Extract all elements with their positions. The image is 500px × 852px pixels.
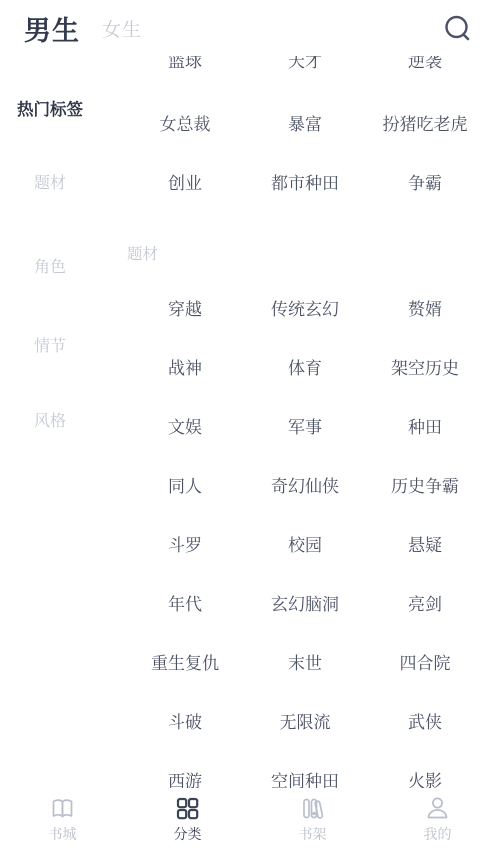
tag-item[interactable]: 无限流 — [245, 709, 365, 737]
search-icon[interactable] — [442, 13, 474, 45]
sidebar-item-4[interactable]: 风格 — [0, 410, 100, 434]
sidebar-item-1[interactable]: 题材 — [0, 172, 100, 196]
tab-mine[interactable]: 我的 — [375, 788, 500, 852]
tag-item[interactable]: 暴富 — [245, 111, 365, 139]
tag-item[interactable]: 种田 — [365, 414, 485, 442]
tag-item[interactable]: 玄幻脑洞 — [245, 591, 365, 619]
tab-bookstore[interactable]: 书城 — [0, 788, 125, 852]
tab-bookshelf[interactable]: 书架 — [250, 788, 375, 852]
tag-item[interactable]: 四合院 — [365, 650, 485, 678]
tag-item[interactable]: 架空历史 — [365, 355, 485, 383]
tag-item[interactable]: 争霸 — [365, 170, 485, 198]
tab-label: 书城 — [49, 824, 77, 844]
tag-item[interactable]: 校园 — [245, 532, 365, 560]
tag-item[interactable]: 末世 — [245, 650, 365, 678]
sidebar-item-0[interactable]: 热门标签 — [0, 98, 100, 122]
tag-item[interactable]: 都市种田 — [245, 170, 365, 198]
tag-item[interactable]: 历史争霸 — [365, 473, 485, 501]
grid-icon — [174, 795, 201, 822]
tag-item[interactable]: 同人 — [125, 473, 245, 501]
tag-item[interactable]: 斗破 — [125, 709, 245, 737]
tag-item[interactable]: 奇幻仙侠 — [245, 473, 365, 501]
tag-item[interactable]: 创业 — [125, 170, 245, 198]
tag-item[interactable]: 体育 — [245, 355, 365, 383]
tag-item[interactable]: 武侠 — [365, 709, 485, 737]
tab-label: 我的 — [424, 824, 452, 844]
tag-item[interactable]: 扮猪吃老虎 — [365, 111, 485, 139]
tag-item[interactable]: 穿越 — [125, 296, 245, 324]
book-open-icon — [49, 795, 76, 822]
tag-item[interactable]: 文娱 — [125, 414, 245, 442]
section-label-theme: 题材 — [127, 243, 158, 267]
tag-item[interactable]: 年代 — [125, 591, 245, 619]
tabbar: 书城 分类 书架 — [0, 788, 500, 852]
tag-item[interactable]: 斗罗 — [125, 532, 245, 560]
tag-item[interactable]: 传统玄幻 — [245, 296, 365, 324]
category-content: 热门标签题材角色情节风格 篮球天才逆袭女总裁暴富扮猪吃老虎创业都市种田争霸题材穿… — [0, 0, 500, 852]
user-icon — [424, 795, 451, 822]
header: 男生 女生 — [0, 0, 500, 56]
tab-label: 书架 — [299, 824, 327, 844]
tab-category[interactable]: 分类 — [125, 788, 250, 852]
sidebar-item-3[interactable]: 情节 — [0, 335, 100, 359]
tag-item[interactable]: 战神 — [125, 355, 245, 383]
tab-label: 分类 — [174, 824, 202, 844]
tag-item[interactable]: 赘婿 — [365, 296, 485, 324]
tag-item[interactable]: 重生复仇 — [125, 650, 245, 678]
app-screen: 热门标签题材角色情节风格 篮球天才逆袭女总裁暴富扮猪吃老虎创业都市种田争霸题材穿… — [0, 0, 500, 852]
tag-item[interactable]: 军事 — [245, 414, 365, 442]
tag-item[interactable]: 亮剑 — [365, 591, 485, 619]
tag-item[interactable]: 女总裁 — [125, 111, 245, 139]
sidebar-item-2[interactable]: 角色 — [0, 256, 100, 280]
tab-female[interactable]: 女生 — [102, 15, 142, 42]
bookshelf-icon — [299, 795, 326, 822]
tag-item[interactable]: 悬疑 — [365, 532, 485, 560]
tab-male[interactable]: 男生 — [24, 9, 80, 48]
